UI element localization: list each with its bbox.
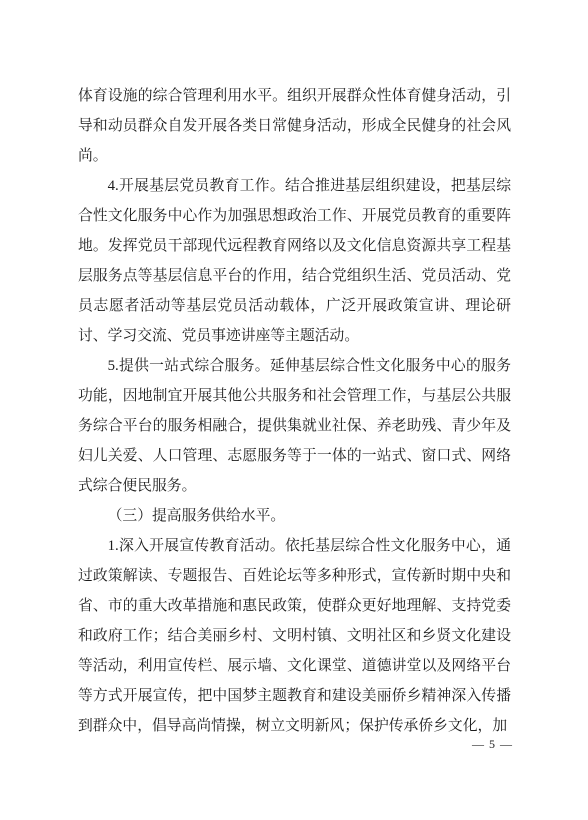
paragraph-one-stop-service: 5.提供一站式综合服务。延伸基层综合性文化服务中心的服务功能，因地制宜开展其他公… [78,351,511,501]
paragraph-sports-facilities: 体育设施的综合管理利用水平。组织开展群众性体育健身活动，引导和动员群众自发开展各… [78,81,511,171]
document-body: 体育设施的综合管理利用水平。组织开展群众性体育健身活动，引导和动员群众自发开展各… [78,81,511,741]
section-heading-improve-service-supply: （三）提高服务供给水平。 [78,501,511,531]
page-number: — 5 — [472,736,513,752]
document-page: 体育设施的综合管理利用水平。组织开展群众性体育健身活动，引导和动员群众自发开展各… [0,0,588,820]
paragraph-publicity-education: 1.深入开展宣传教育活动。依托基层综合性文化服务中心，通过政策解读、专题报告、百… [78,531,511,741]
paragraph-party-member-education: 4.开展基层党员教育工作。结合推进基层组织建设，把基层综合性文化服务中心作为加强… [78,171,511,351]
